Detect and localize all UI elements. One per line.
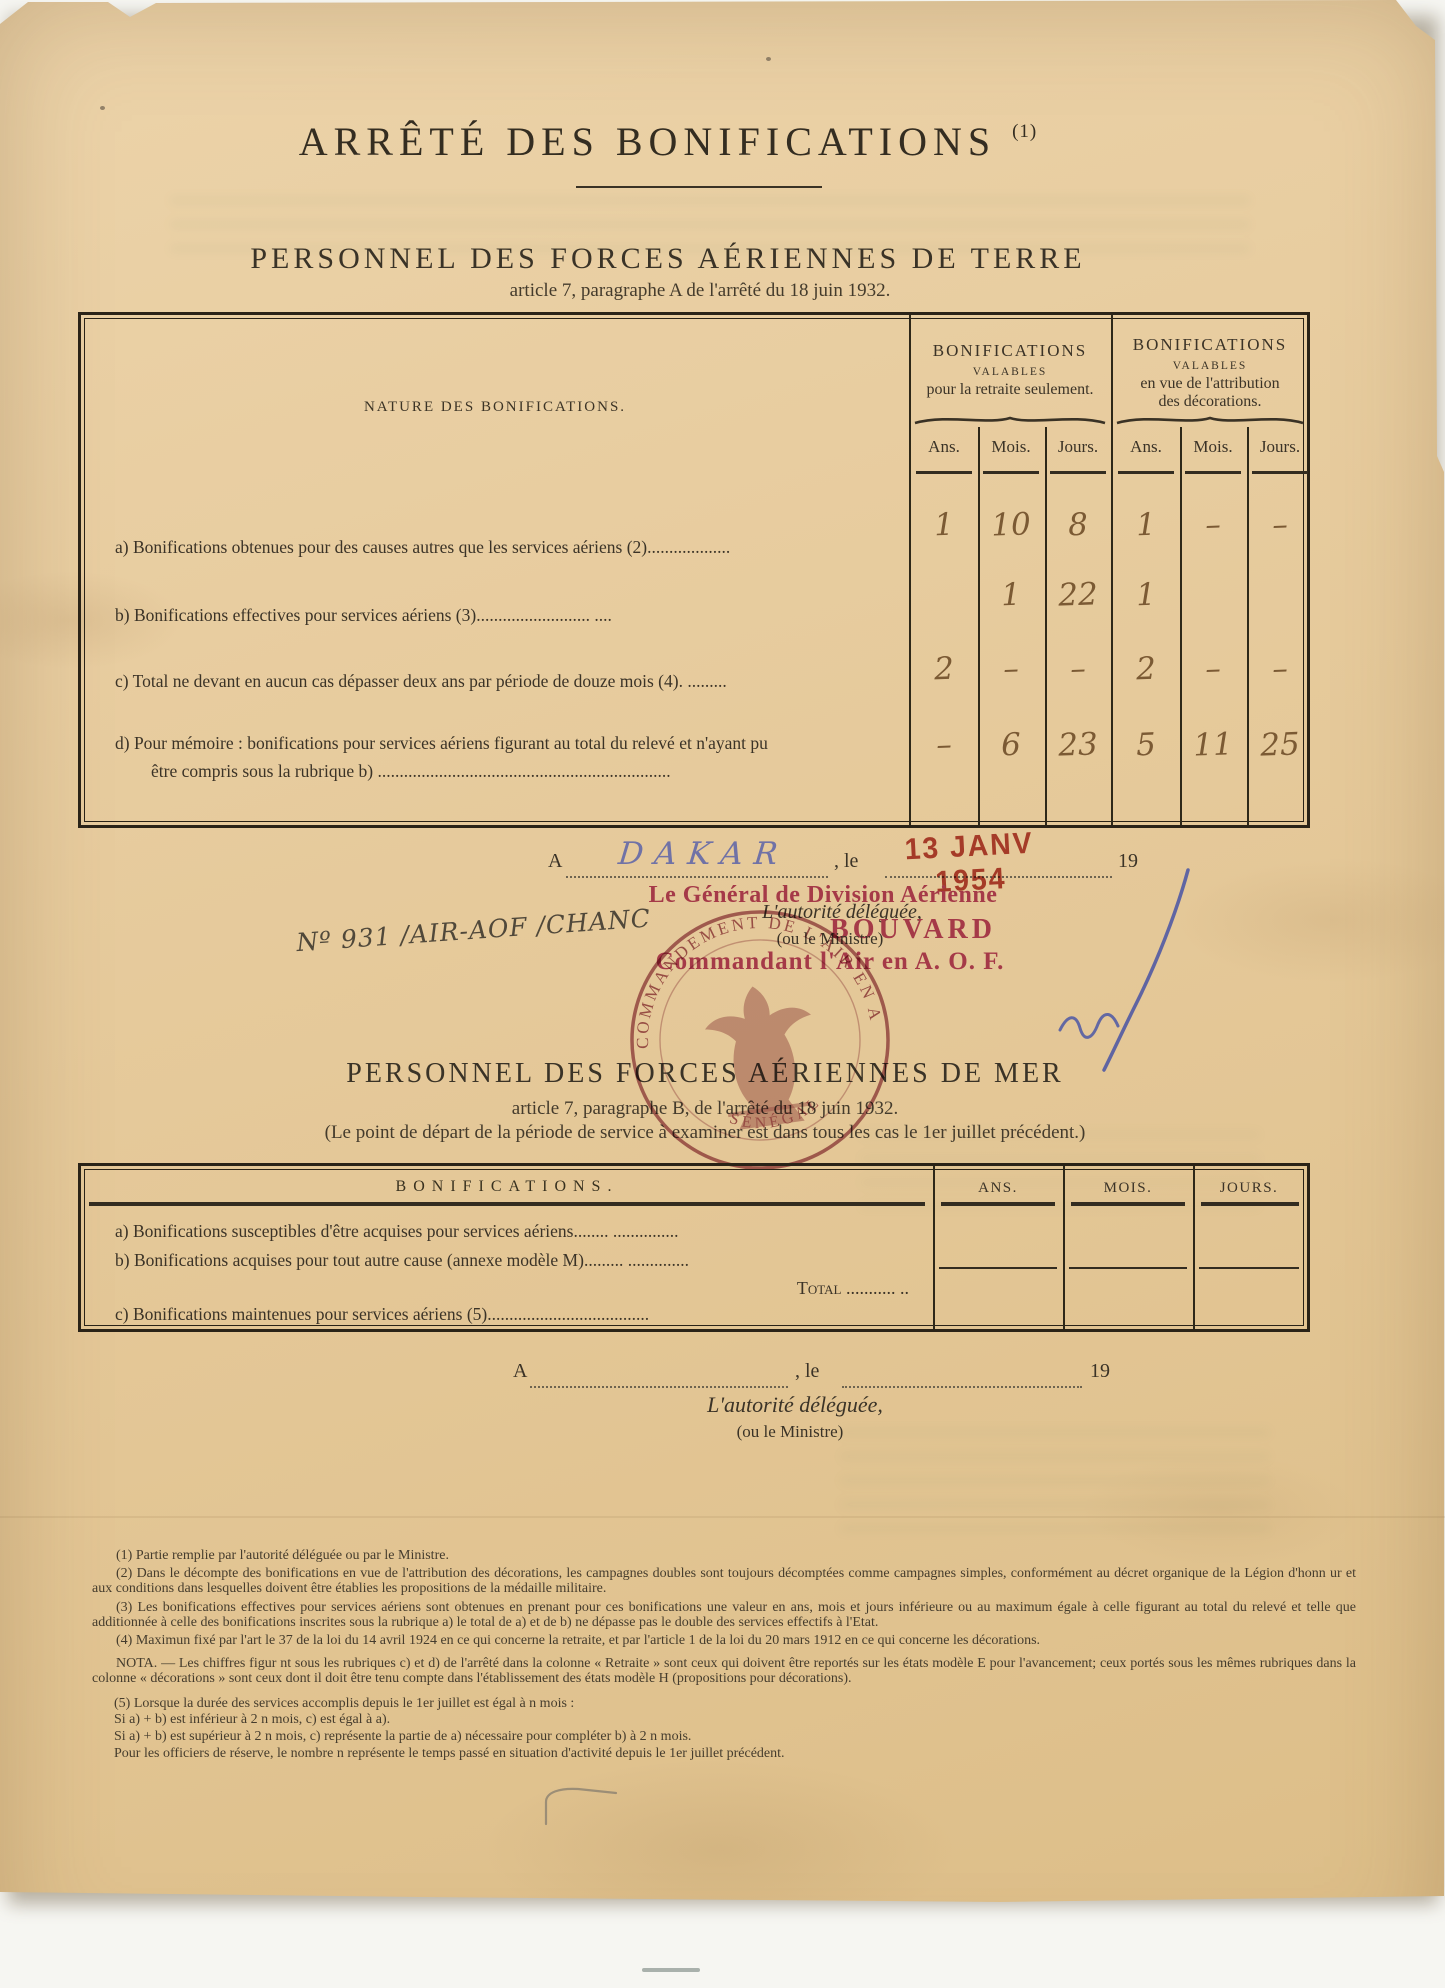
round-ink-stamp: COMMANDEMENT DE L'AIR EN A.O.F. SÉNÉGAL xyxy=(604,884,916,1196)
table-mer-header-ans: ANS. xyxy=(933,1180,1063,1197)
page-title: ARRÊTÉ DES BONIFICATIONS (1) xyxy=(0,118,1336,165)
place-handwritten: DAKAR xyxy=(594,836,813,872)
column-divider xyxy=(933,1166,935,1329)
total-separator-dash xyxy=(1191,641,1235,643)
cell-c-deco-mois: – xyxy=(1179,650,1246,688)
pencil-mark xyxy=(530,1780,630,1835)
cell-a-retraite-ans: 1 xyxy=(910,506,977,544)
section-terre-heading: PERSONNEL DES FORCES AÉRIENNES DE TERRE xyxy=(0,242,1336,276)
year-prefix: 19 xyxy=(1090,1360,1110,1383)
footnote-5-line2: Si a) + b) est inférieur à 2 n mois, c) … xyxy=(114,1712,1356,1727)
header-underline xyxy=(941,1202,1055,1206)
minister-note: (ou le Ministre) xyxy=(620,1422,960,1442)
bleed-through xyxy=(840,1428,1270,1538)
total-separator-dash xyxy=(922,641,966,643)
decorations-header-line1: BONIFICATIONS xyxy=(1111,335,1309,355)
retraite-header-line2: VALABLES xyxy=(909,366,1111,378)
page-title-text: ARRÊTÉ DES BONIFICATIONS xyxy=(299,119,996,164)
unit-header-mois: Mois. xyxy=(978,437,1044,457)
cell-a-retraite-mois: 10 xyxy=(977,506,1044,544)
table-mer-header-mois: MOIS. xyxy=(1063,1180,1193,1197)
place-prefix: A xyxy=(513,1360,527,1383)
unit-underline xyxy=(1118,471,1174,474)
unit-header-jours: Jours. xyxy=(1247,437,1313,457)
cell-c-retraite-jours: – xyxy=(1044,650,1111,688)
footnote-3: (3) Les bonifications effectives pour se… xyxy=(92,1600,1356,1630)
mer-total-label: Total ........... .. xyxy=(641,1278,909,1299)
header-underline xyxy=(89,1202,925,1206)
footnote-2: (2) Dans le décompte des bonifications e… xyxy=(92,1566,1356,1596)
cell-d-deco-jours: 25 xyxy=(1246,726,1313,764)
footnote-5-line1: (5) Lorsque la durée des services accomp… xyxy=(114,1696,1356,1711)
unit-underline xyxy=(1252,471,1308,474)
brace-ornament xyxy=(1115,411,1305,427)
mer-row-c-label: c) Bonifications maintenues pour service… xyxy=(115,1304,927,1325)
section-terre-article: article 7, paragraphe A de l'arrêté du 1… xyxy=(0,280,1400,302)
unit-underline xyxy=(1185,471,1241,474)
cell-b-retraite-mois: 1 xyxy=(977,576,1044,614)
unit-header-ans: Ans. xyxy=(1113,437,1179,457)
cell-rule xyxy=(1199,1267,1299,1269)
cell-d-deco-mois: 11 xyxy=(1179,726,1246,764)
header-underline xyxy=(1201,1202,1299,1206)
place-field-line xyxy=(566,874,828,878)
row-d-label-line2: être compris sous la rubrique b) .......… xyxy=(151,761,907,782)
header-underline xyxy=(1071,1202,1185,1206)
date-field-line xyxy=(842,1384,1082,1388)
scanned-document: ARRÊTÉ DES BONIFICATIONS (1) PERSONNEL D… xyxy=(0,0,1445,1988)
blue-signature xyxy=(1030,852,1220,1122)
footnote-5: (5) Lorsque la durée des services accomp… xyxy=(92,1696,1356,1761)
ink-speck xyxy=(100,106,105,110)
table-terre-nature-header: NATURE DES BONIFICATIONS. xyxy=(81,399,909,416)
unit-underline xyxy=(983,471,1039,474)
footnote-5-line4: Pour les officiers de réserve, le nombre… xyxy=(114,1746,1356,1761)
unit-underline xyxy=(916,471,972,474)
cell-c-deco-jours: – xyxy=(1246,650,1313,688)
cell-c-retraite-ans: 2 xyxy=(910,650,977,688)
cell-rule xyxy=(1069,1267,1187,1269)
cell-d-deco-ans: 5 xyxy=(1112,726,1179,764)
cell-rule xyxy=(939,1267,1057,1269)
unit-header-jours: Jours. xyxy=(1045,437,1111,457)
brace-ornament xyxy=(913,411,1107,427)
mer-row-a-label: a) Bonifications susceptibles d'être acq… xyxy=(115,1221,927,1242)
cell-d-retraite-jours: 23 xyxy=(1044,726,1111,764)
table-mer-header-bonifications: BONIFICATIONS. xyxy=(81,1178,933,1196)
total-separator-dash xyxy=(989,641,1033,643)
cell-a-deco-ans: 1 xyxy=(1112,506,1179,544)
decorations-header-line3: en vue de l'attribution xyxy=(1111,375,1309,393)
column-divider xyxy=(1193,1166,1195,1329)
footnote-5-line3: Si a) + b) est supérieur à 2 n mois, c) … xyxy=(114,1729,1356,1744)
row-a-label: a) Bonifications obtenues pour des cause… xyxy=(115,537,907,558)
table-mer: BONIFICATIONS. ANS. MOIS. JOURS. a) Boni… xyxy=(78,1163,1310,1332)
footnote-nota: NOTA. — Les chiffres figur nt sous les r… xyxy=(92,1656,1356,1686)
total-separator-dash xyxy=(1258,641,1302,643)
cell-b-retraite-jours: 22 xyxy=(1044,576,1111,614)
sub-column-divider xyxy=(1180,427,1182,825)
place-prefix: A xyxy=(548,850,562,873)
total-separator-dash xyxy=(1056,641,1100,643)
cell-d-retraite-mois: 6 xyxy=(977,726,1044,764)
unit-header-ans: Ans. xyxy=(911,437,977,457)
ink-speck xyxy=(766,57,771,61)
retraite-header: BONIFICATIONS VALABLES pour la retraite … xyxy=(909,341,1111,399)
sub-column-divider xyxy=(1045,427,1047,825)
date-prefix: , le xyxy=(795,1360,819,1383)
cell-a-retraite-jours: 8 xyxy=(1044,506,1111,544)
date-prefix: , le xyxy=(834,850,858,873)
authority-delegated-label: L'autorité déléguée, xyxy=(595,1392,995,1418)
mer-row-b-label: b) Bonifications acquises pour tout autr… xyxy=(115,1250,927,1271)
decorations-header-line2: VALABLES xyxy=(1111,360,1309,372)
total-separator-dash xyxy=(1124,641,1168,643)
round-ink-stamp-graphic: COMMANDEMENT DE L'AIR EN A.O.F. SÉNÉGAL xyxy=(604,884,916,1196)
sub-column-divider xyxy=(978,427,980,825)
retraite-header-line1: BONIFICATIONS xyxy=(909,341,1111,361)
table-mer-header-jours: JOURS. xyxy=(1193,1180,1305,1197)
retraite-header-line3: pour la retraite seulement. xyxy=(909,381,1111,399)
cell-c-retraite-mois: – xyxy=(977,650,1044,688)
footnote-4: (4) Maximun fixé par l'art le 37 de la l… xyxy=(92,1633,1356,1648)
footnotes: (1) Partie remplie par l'autorité délégu… xyxy=(92,1548,1356,1762)
place-field-line xyxy=(530,1384,788,1388)
decorations-header-line4: des décorations. xyxy=(1111,393,1309,411)
row-b-label: b) Bonifications effectives pour service… xyxy=(115,605,907,626)
row-c-label: c) Total ne devant en aucun cas dépasser… xyxy=(115,671,907,692)
row-d-label-line1: d) Pour mémoire : bonifications pour ser… xyxy=(115,733,907,754)
cell-d-retraite-ans: – xyxy=(910,726,977,764)
column-divider xyxy=(1063,1166,1065,1329)
decorations-header: BONIFICATIONS VALABLES en vue de l'attri… xyxy=(1111,335,1309,411)
unit-header-mois: Mois. xyxy=(1180,437,1246,457)
title-rule xyxy=(576,186,822,188)
unit-underline xyxy=(1050,471,1106,474)
cell-c-deco-ans: 2 xyxy=(1112,650,1179,688)
table-terre: NATURE DES BONIFICATIONS. BONIFICATIONS … xyxy=(78,312,1310,828)
paper-crease xyxy=(0,1516,1445,1518)
scan-edge-mark xyxy=(642,1968,700,1972)
title-footnote-ref: (1) xyxy=(1012,121,1037,142)
cell-a-deco-mois: – xyxy=(1179,506,1246,544)
cell-b-deco-ans: 1 xyxy=(1112,576,1179,614)
sub-column-divider xyxy=(1247,427,1249,825)
cell-a-deco-jours: – xyxy=(1246,506,1313,544)
footnote-1: (1) Partie remplie par l'autorité délégu… xyxy=(92,1548,1356,1563)
